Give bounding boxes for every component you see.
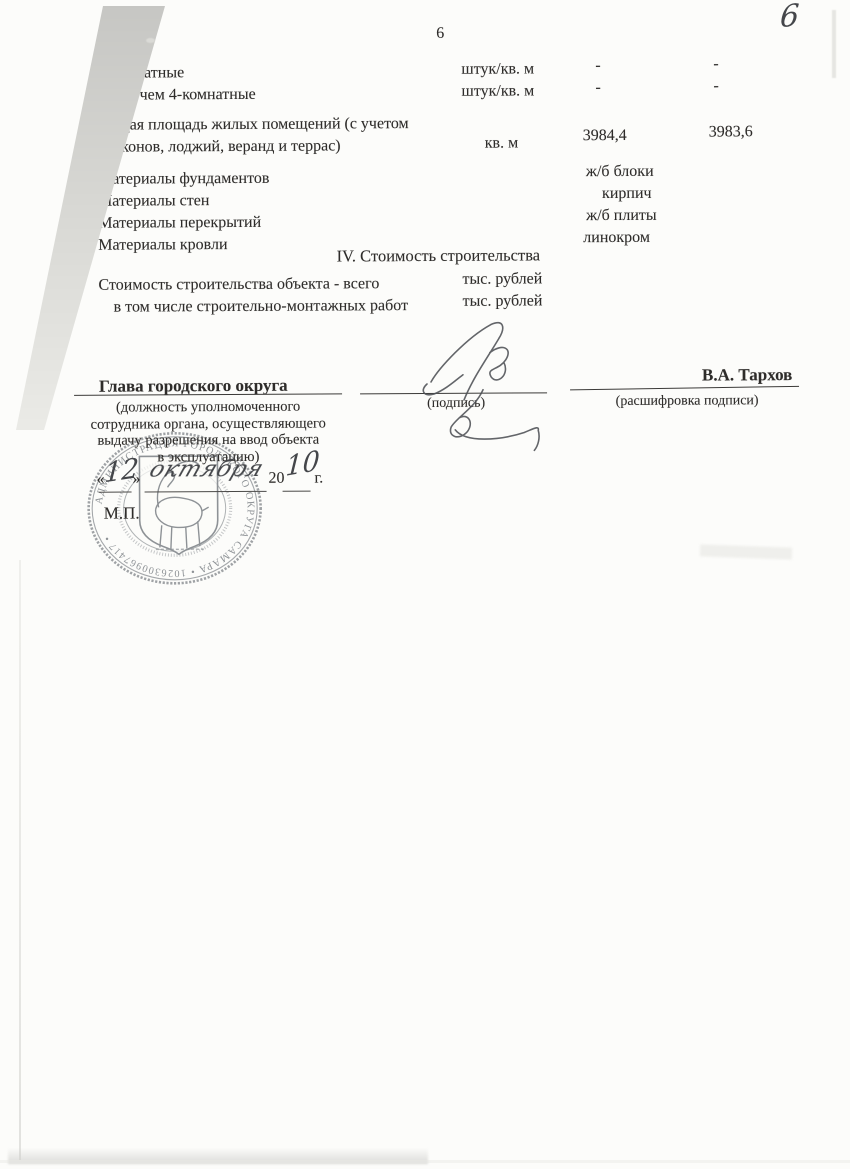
material-value: линокром [583, 228, 650, 248]
date-year-prefix: 20 [268, 469, 284, 489]
handwritten-month: октября [145, 455, 267, 484]
material-label: Материалы перекрытий [98, 213, 261, 234]
name-underline [570, 386, 799, 391]
handwritten-day: 12 [104, 452, 140, 491]
total-area-col2: 3983,6 [709, 122, 753, 142]
document-content: 6 6 4-комнатные штук/кв. м - - более чем… [0, 0, 850, 1169]
year-underline [283, 491, 311, 492]
material-label: Материалы фундаментов [98, 169, 270, 190]
day-underline [99, 492, 132, 493]
material-value: кирпич [602, 184, 652, 204]
scan-speck [146, 38, 155, 43]
material-value: ж/б блоки [586, 162, 654, 182]
scanned-document-page: 6 6 4-комнатные штук/кв. м - - более чем… [0, 0, 850, 1169]
total-area-label-line1: Общая площадь жилых помещений (с учетом [98, 114, 409, 136]
material-value: ж/б плиты [586, 206, 657, 226]
signer-name: В.А. Тархов [702, 364, 792, 386]
scan-bottom-edge-line [0, 1160, 850, 1163]
row-value-col2: - [713, 54, 718, 74]
handwritten-year: 10 [285, 444, 321, 485]
row-value-col2: - [713, 76, 718, 96]
material-label: Материалы кровли [98, 235, 227, 256]
name-caption: (расшифровка подписи) [616, 392, 759, 410]
cost-row-label: в том числе строительно-монтажных работ [114, 296, 409, 318]
scan-right-edge-strip [832, 10, 836, 78]
row-value-col1: - [595, 56, 600, 76]
seal-place-label: М.П. [104, 502, 140, 523]
row-unit: штук/кв. м [461, 59, 534, 79]
cost-row-label: Стоимость строительства объекта - всего [98, 274, 379, 295]
handwritten-page-number: 6 [779, 0, 800, 37]
total-area-label-line2: балконов, лоджий, веранд и террас) [98, 136, 341, 157]
cost-row-unit: тыс. рублей [462, 269, 542, 289]
typed-page-number: 6 [436, 24, 444, 44]
total-area-col1: 3984,4 [583, 126, 627, 146]
section-iv-heading: IV. Стоимость строительства [337, 245, 541, 267]
scan-page-edge-line [19, 560, 21, 1160]
position-note-line: выдачу разрешения на ввод объекта [97, 431, 319, 450]
signature-scrawl [387, 309, 598, 470]
row-value-col1: - [595, 78, 600, 98]
material-label: Материалы стен [98, 191, 209, 212]
row-unit: штук/кв. м [461, 81, 534, 101]
total-area-unit: кв. м [485, 133, 519, 153]
